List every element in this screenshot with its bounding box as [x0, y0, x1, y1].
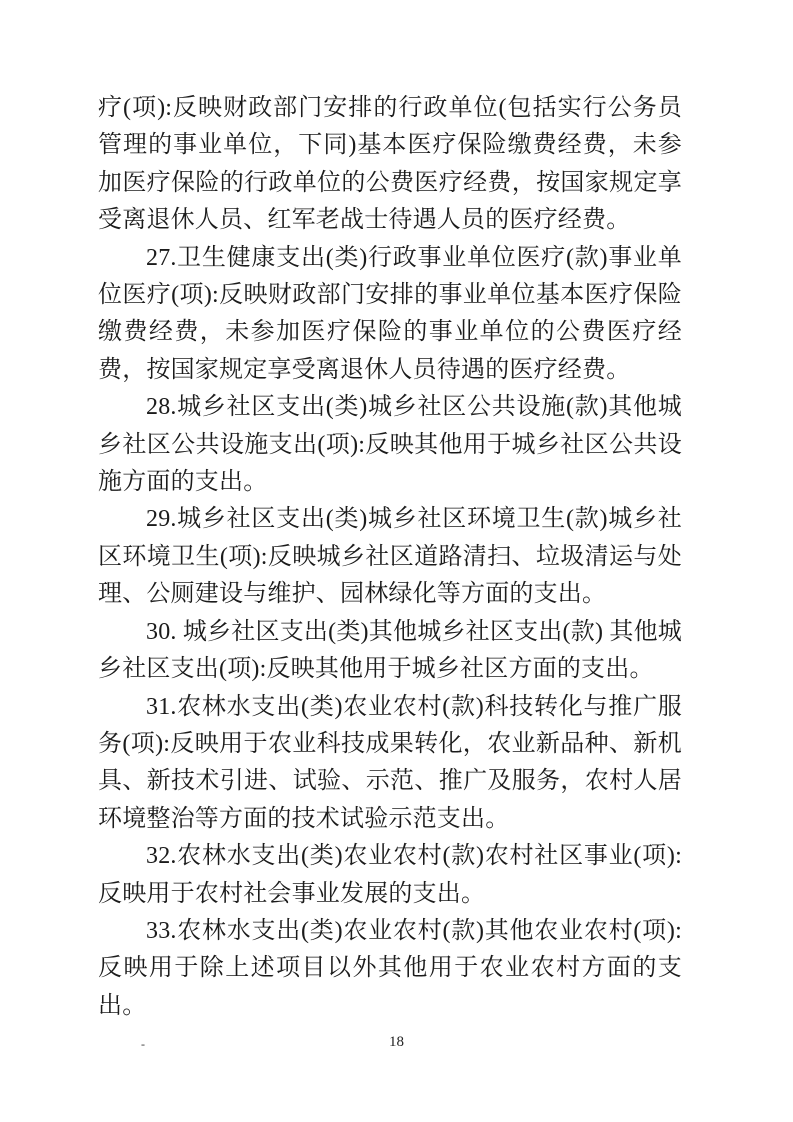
paragraph-continuation: 疗(项):反映财政部门安排的行政单位(包括实行公务员管理的事业单位，下同)基本医…: [98, 90, 682, 240]
paragraph-item-31: 31.农林水支出(类)农业农村(款)科技转化与推广服务(项):反映用于农业科技成…: [98, 689, 682, 839]
page-number: 18: [0, 1034, 793, 1051]
document-page: 疗(项):反映财政部门安排的行政单位(包括实行公务员管理的事业单位，下同)基本医…: [0, 0, 793, 1122]
paragraph-item-27: 27.卫生健康支出(类)行政事业单位医疗(款)事业单位医疗(项):反映财政部门安…: [98, 240, 682, 390]
paragraph-item-29: 29.城乡社区支出(类)城乡社区环境卫生(款)城乡社区环境卫生(项):反映城乡社…: [98, 501, 682, 613]
paragraph-item-32: 32.农林水支出(类)农业农村(款)农村社区事业(项):反映用于农村社会事业发展…: [98, 838, 682, 913]
document-body: 疗(项):反映财政部门安排的行政单位(包括实行公务员管理的事业单位，下同)基本医…: [98, 90, 682, 1025]
paragraph-item-30: 30. 城乡社区支出(类)其他城乡社区支出(款) 其他城乡社区支出(项):反映其…: [98, 614, 682, 689]
paragraph-item-33: 33.农林水支出(类)农业农村(款)其他农业农村(项):反映用于除上述项目以外其…: [98, 913, 682, 1025]
page-footer: - 18: [0, 1034, 793, 1060]
paragraph-item-28: 28.城乡社区支出(类)城乡社区公共设施(款)其他城乡社区公共设施支出(项):反…: [98, 389, 682, 501]
